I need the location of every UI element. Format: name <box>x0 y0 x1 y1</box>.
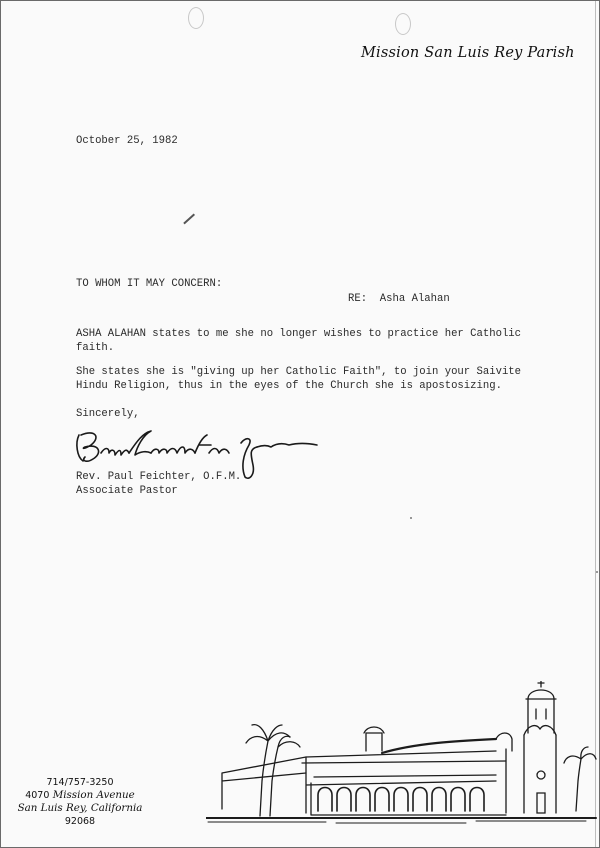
signer-title: Associate Pastor <box>76 485 178 498</box>
re-label: RE: <box>348 293 367 305</box>
paragraph-2-line-2: Hindu Religion, thus in the eyes of the … <box>76 380 502 393</box>
speck-mark <box>410 517 412 519</box>
re-line: RE: Asha Alahan <box>348 293 450 306</box>
speck-mark <box>596 571 598 573</box>
salutation: TO WHOM IT MAY CONCERN: <box>76 278 222 291</box>
mission-building-illustration <box>206 681 598 841</box>
footer-zip: 92068 <box>65 816 95 827</box>
paragraph-2-line-1: She states she is "giving up her Catholi… <box>76 366 521 379</box>
punch-hole-icon <box>188 7 204 29</box>
closing: Sincerely, <box>76 408 140 421</box>
paragraph-1-line-1: ASHA ALAHAN states to me she no longer w… <box>76 328 521 341</box>
footer-city-line: San Luis Rey, California 92068 <box>5 802 155 828</box>
footer-address: 714/757-3250 4070 Mission Avenue San Lui… <box>5 776 155 828</box>
footer-street-name: Mission Avenue <box>53 789 135 801</box>
signer-name: Rev. Paul Feichter, O.F.M. <box>76 471 241 484</box>
footer-city-state: San Luis Rey, California <box>18 802 143 814</box>
footer-street: 4070 Mission Avenue <box>5 789 155 802</box>
letter-page: Mission San Luis Rey Parish October 25, … <box>0 0 600 848</box>
letter-date: October 25, 1982 <box>76 135 178 148</box>
footer-phone: 714/757-3250 <box>5 776 155 789</box>
re-name: Asha Alahan <box>380 293 450 305</box>
footer-street-number: 4070 <box>25 790 49 801</box>
letterhead-parish-name: Mission San Luis Rey Parish <box>361 45 591 61</box>
punch-hole-icon <box>395 13 411 35</box>
stray-pen-mark <box>183 214 194 225</box>
paragraph-1-line-2: faith. <box>76 342 114 355</box>
